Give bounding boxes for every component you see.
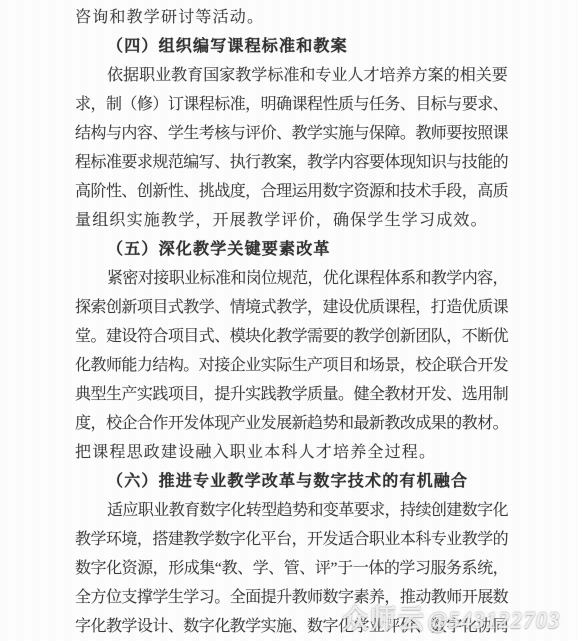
text-line: 度，校企合作开发体现产业发展新趋势和最新教改成果的教材。 — [75, 409, 508, 438]
text-line: 典型生产实践项目，提升实践教学质量。健全教材开发、选用制 — [75, 380, 508, 409]
text-line: 结构与内容、学生考核与评价、教学实施与保障。教师要按照课 — [75, 119, 508, 148]
text-line: 教学环境，搭建教学数字化平台，开发适合职业本科专业教学的 — [75, 525, 508, 554]
text-line: 紧密对接职业标准和岗位规范，优化课程体系和教学内容， — [75, 264, 508, 293]
text-line: 适应职业教育数字化转型趋势和变革要求，持续创建数字化 — [75, 496, 508, 525]
section-heading: （五）深化教学关键要素改革 — [75, 235, 508, 264]
text-line: 全方位支撑学生学习。全面提升教师数字素养，推动教师开展数 — [75, 583, 508, 612]
text-line: 把课程思政建设融入职业本科人才培养全过程。 — [75, 438, 508, 467]
text-line: 探索创新项目式教学、情境式教学，建设优质课程，打造优质课 — [75, 293, 508, 322]
document-page: 咨询和教学研讨等活动。（四）组织编写课程标准和教案依据职业教育国家教学标准和专业… — [0, 0, 578, 641]
text-line: 堂。建设符合项目式、模块化教学需要的教学创新团队，不断优 — [75, 322, 508, 351]
text-line: 数字化资源，形成集“教、学、管、评”于一体的学习服务系统， — [75, 554, 508, 583]
section-heading: （四）组织编写课程标准和教案 — [75, 32, 508, 61]
text-line: 高阶性、创新性、挑战度，合理运用数字资源和技术手段，高质 — [75, 177, 508, 206]
text-line: 咨询和教学研讨等活动。 — [75, 3, 508, 32]
document-lines: 咨询和教学研讨等活动。（四）组织编写课程标准和教案依据职业教育国家教学标准和专业… — [75, 3, 508, 641]
text-line: 求，制（修）订课程标准，明确课程性质与任务、目标与要求、 — [75, 90, 508, 119]
text-line: 字化教学设计、数字化教学实施、数字化学业评价、数字化协同 — [75, 612, 508, 641]
text-line: 化教师能力结构。对接企业实际生产项目和场景，校企联合开发 — [75, 351, 508, 380]
text-line: 依据职业教育国家教学标准和专业人才培养方案的相关要 — [75, 61, 508, 90]
text-line: 量组织实施教学，开展教学评价，确保学生学习成效。 — [75, 206, 508, 235]
section-heading: （六）推进专业教学改革与数字技术的有机融合 — [75, 467, 508, 496]
text-line: 程标准要求规范编写、执行教案，教学内容要体现知识与技能的 — [75, 148, 508, 177]
